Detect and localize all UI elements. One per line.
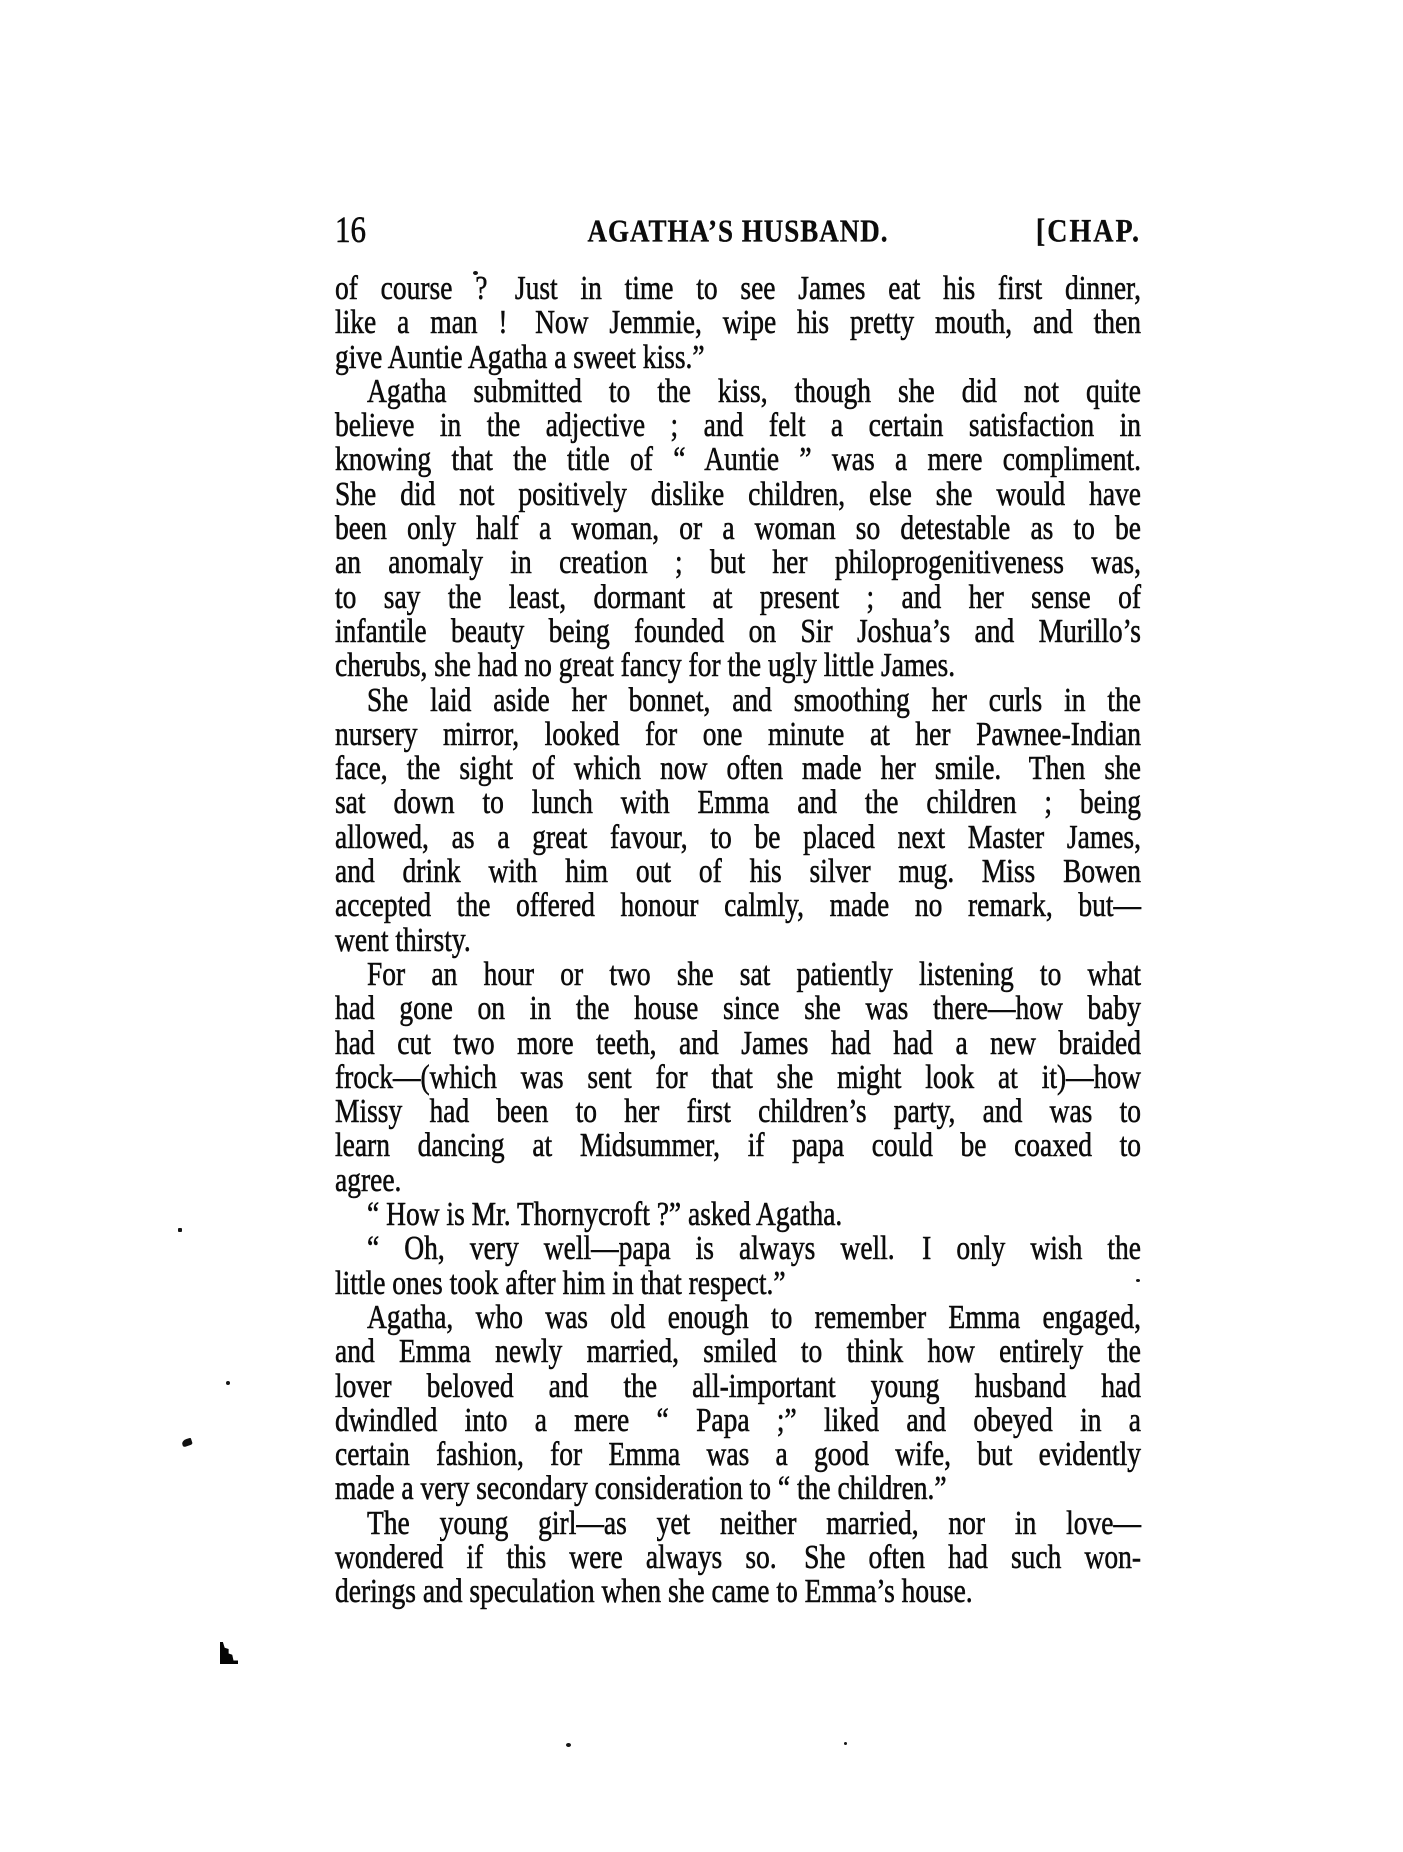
text-line: lover beloved and the all-important youn… bbox=[335, 1369, 1141, 1403]
ink-speck bbox=[178, 1228, 182, 1232]
text-line: dwindled into a mere “ Papa ;” liked and… bbox=[335, 1403, 1141, 1437]
ink-speck bbox=[1136, 1279, 1140, 1282]
text-line: Agatha, who was old enough to remember E… bbox=[335, 1300, 1141, 1334]
text-line: an anomaly in creation ; but her philopr… bbox=[335, 545, 1141, 579]
text-line: to say the least, dormant at present ; a… bbox=[335, 580, 1141, 614]
book-page: 16 AGATHA’S HUSBAND. [CHAP. of course ? … bbox=[0, 0, 1403, 1852]
text-line: allowed, as a great favour, to be placed… bbox=[335, 820, 1141, 854]
text-line: had gone on in the house since she was t… bbox=[335, 991, 1141, 1025]
ink-speck bbox=[844, 1742, 847, 1745]
text-line: like a man ! Now Jemmie, wipe his pretty… bbox=[335, 305, 1141, 339]
text-line: been only half a woman, or a woman so de… bbox=[335, 511, 1141, 545]
text-line: and Emma newly married, smiled to think … bbox=[335, 1334, 1141, 1368]
text-line: “ Oh, very well—papa is always well. I o… bbox=[335, 1231, 1141, 1265]
text-line: give Auntie Agatha a sweet kiss.” bbox=[335, 340, 1141, 374]
text-line: had cut two more teeth, and James had ha… bbox=[335, 1026, 1141, 1060]
text-line: little ones took after him in that respe… bbox=[335, 1266, 1141, 1300]
chapter-marker-text: [CHAP. bbox=[1036, 213, 1141, 251]
text-line: She did not positively dislike children,… bbox=[335, 477, 1141, 511]
text-line: and drink with him out of his silver mug… bbox=[335, 854, 1141, 888]
running-title: AGATHA’S HUSBAND. bbox=[475, 216, 1001, 247]
text-line: Agatha submitted to the kiss, though she… bbox=[335, 374, 1141, 408]
ink-speck bbox=[226, 1381, 230, 1385]
running-title-text: AGATHA’S HUSBAND. bbox=[587, 213, 888, 250]
text-line: cherubs, she had no great fancy for the … bbox=[335, 648, 1141, 682]
text-line: made a very secondary consideration to “… bbox=[335, 1471, 1141, 1505]
text-line: nursery mirror, looked for one minute at… bbox=[335, 717, 1141, 751]
text-line: The young girl—as yet neither married, n… bbox=[335, 1506, 1141, 1540]
text-line: learn dancing at Midsummer, if papa coul… bbox=[335, 1128, 1141, 1162]
text-line: frock—(which was sent for that she might… bbox=[335, 1060, 1141, 1094]
running-header: 16 AGATHA’S HUSBAND. [CHAP. bbox=[335, 212, 1141, 248]
text-line: For an hour or two she sat patiently lis… bbox=[335, 957, 1141, 991]
text-line: accepted the offered honour calmly, made… bbox=[335, 888, 1141, 922]
text-line: wondered if this were always so. She oft… bbox=[335, 1540, 1141, 1574]
page-number-text: 16 bbox=[335, 209, 366, 251]
ink-blot bbox=[181, 1438, 193, 1448]
text-line: infantile beauty being founded on Sir Jo… bbox=[335, 614, 1141, 648]
text-line: of course ? Just in time to see James ea… bbox=[335, 271, 1141, 305]
text-line: went thirsty. bbox=[335, 923, 1141, 957]
text-line: sat down to lunch with Emma and the chil… bbox=[335, 785, 1141, 819]
text-line: She laid aside her bonnet, and smoothing… bbox=[335, 683, 1141, 717]
chapter-marker: [CHAP. bbox=[1001, 216, 1141, 248]
text-line: derings and speculation when she came to… bbox=[335, 1574, 1141, 1608]
page-number: 16 bbox=[335, 212, 475, 248]
text-line: knowing that the title of “ Auntie ” was… bbox=[335, 442, 1141, 476]
ink-speck bbox=[566, 1743, 571, 1747]
printer-corner-mark bbox=[220, 1642, 238, 1664]
text-line: “ How is Mr. Thornycroft ?” asked Agatha… bbox=[335, 1197, 1141, 1231]
text-line-content: derings and speculation when she came to… bbox=[335, 1571, 1141, 1613]
page-body: of course ? Just in time to see James ea… bbox=[335, 271, 1141, 1609]
ink-speck bbox=[473, 271, 478, 275]
text-line: agree. bbox=[335, 1163, 1141, 1197]
